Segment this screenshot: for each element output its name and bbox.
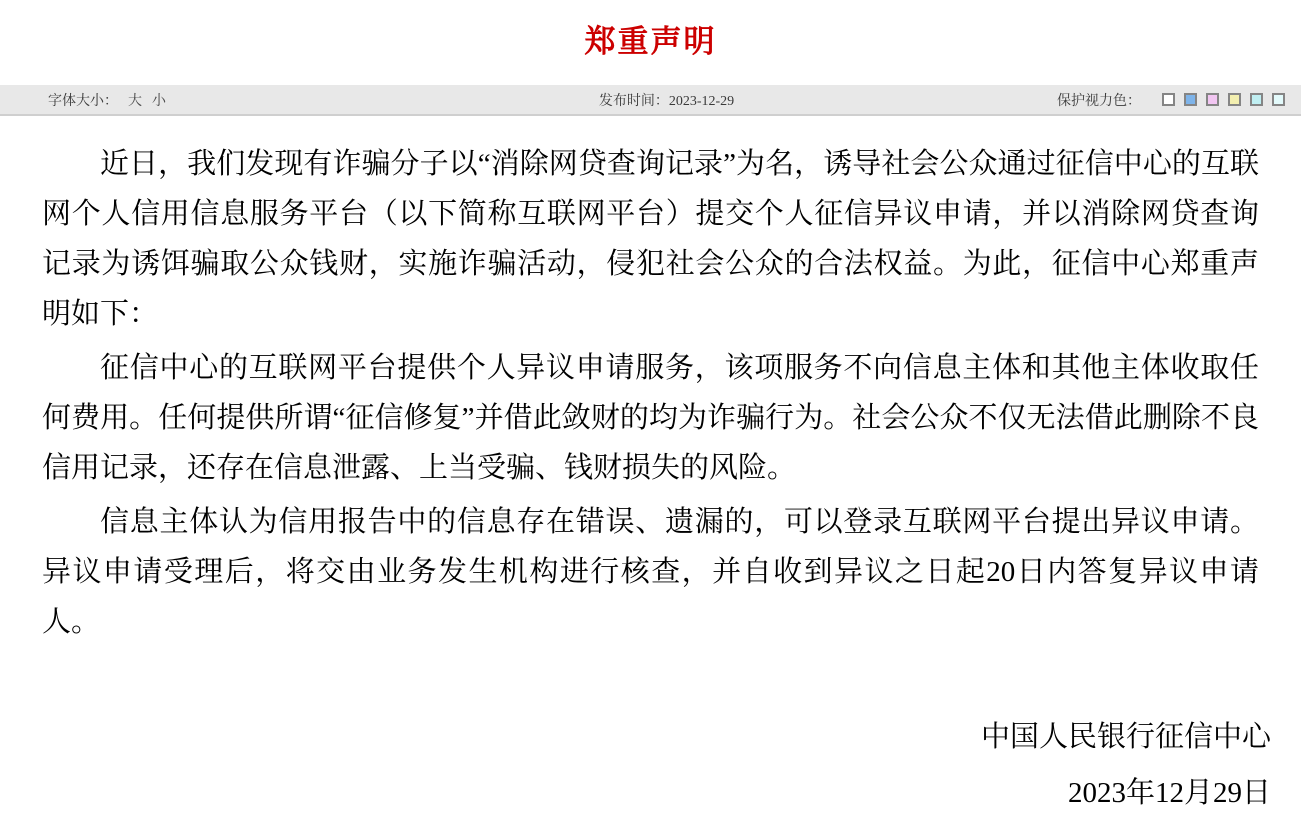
font-size-small-button[interactable]: 小 xyxy=(152,90,166,110)
article-body: 近日，我们发现有诈骗分子以“消除网贷查询记录”为名，诱导社会公众通过征信中心的互… xyxy=(0,116,1301,647)
font-size-large-button[interactable]: 大 xyxy=(128,90,142,110)
article-paragraph: 近日，我们发现有诈骗分子以“消除网贷查询记录”为名，诱导社会公众通过征信中心的互… xyxy=(42,139,1259,339)
signature-block: 中国人民银行征信中心 2023年12月29日 xyxy=(0,709,1301,814)
signature-date: 2023年12月29日 xyxy=(0,765,1271,814)
font-size-control: 字体大小： 大 小 xyxy=(48,90,435,110)
toolbar: 字体大小： 大 小 发布时间：2023-12-29 保护视力色： xyxy=(0,85,1301,116)
eye-protect-swatch-pale-cyan[interactable] xyxy=(1272,93,1285,106)
eye-protect-label: 保护视力色： xyxy=(1057,90,1141,110)
signature-org: 中国人民银行征信中心 xyxy=(0,709,1271,765)
publish-time: 发布时间：2023-12-29 xyxy=(435,90,899,110)
eye-protect-swatch-yellow[interactable] xyxy=(1228,93,1241,106)
eye-protect-swatches xyxy=(1153,93,1285,106)
publish-date: 2023-12-29 xyxy=(669,94,734,109)
font-size-label: 字体大小： xyxy=(48,90,118,110)
publish-time-label: 发布时间： xyxy=(599,94,669,109)
eye-protect-swatch-blue[interactable] xyxy=(1184,93,1197,106)
eye-protect-control: 保护视力色： xyxy=(898,90,1285,110)
page-title: 郑重声明 xyxy=(0,0,1301,85)
article-paragraph: 信息主体认为信用报告中的信息存在错误、遗漏的，可以登录互联网平台提出异议申请。异… xyxy=(42,497,1259,647)
article-paragraph: 征信中心的互联网平台提供个人异议申请服务，该项服务不向信息主体和其他主体收取任何… xyxy=(42,343,1259,493)
eye-protect-swatch-white[interactable] xyxy=(1162,93,1175,106)
eye-protect-swatch-cyan[interactable] xyxy=(1250,93,1263,106)
eye-protect-swatch-pink[interactable] xyxy=(1206,93,1219,106)
